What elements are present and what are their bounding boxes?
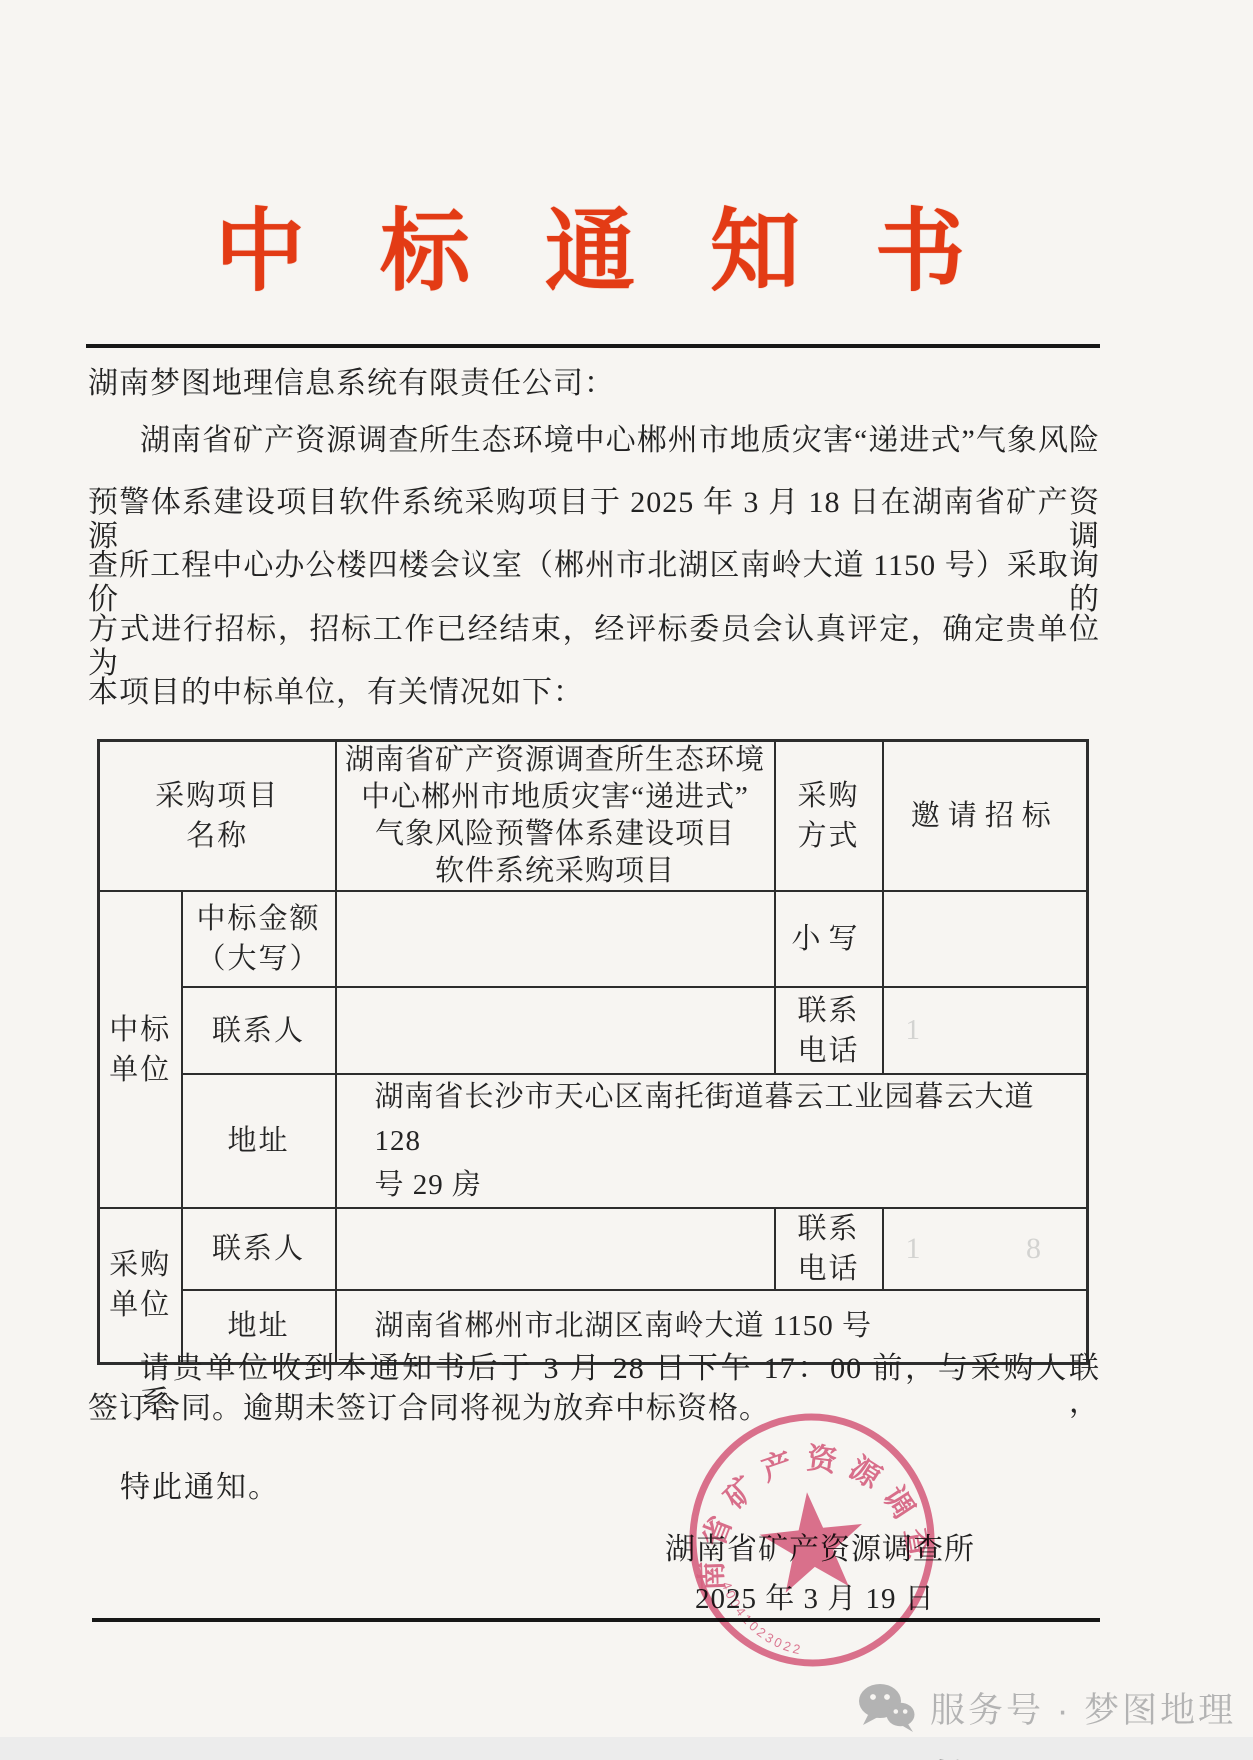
stamp-star-icon [756,1487,868,1595]
recipient-company-line: 湖南梦图地理信息系统有限责任公司： [88,367,1100,401]
cell-purchaser-group-label: 采购 单位 [99,1208,182,1363]
closing-line-2: 签订合同。逾期未签订合同将视为放弃中标资格。 [88,1392,1100,1426]
scanned-award-notice-page: 中标通知书 湖南梦图地理信息系统有限责任公司： 湖南省矿产资源调查所生态环境中心… [0,0,1253,1760]
notice-line: 特此通知。 [120,1462,280,1506]
cell-method-value: 邀请招标 [883,741,1088,892]
cell-winner-phone-label: 联系 电话 [775,987,883,1074]
body-line-3: 查所工程中心办公楼四楼会议室（郴州市北湖区南岭大道 1150 号）采取询价的 [88,549,1100,617]
cell-purchaser-contact-label: 联系人 [182,1208,336,1290]
cell-purchaser-phone-value-redacted: 1 8 [883,1208,1088,1290]
cell-method-label: 采购 方式 [775,741,883,892]
top-divider-rule [86,344,1100,348]
cell-amount-label: 中标金额 （大写） [182,891,336,987]
wechat-icon [858,1682,916,1734]
cell-winner-address-value: 湖南省长沙市天心区南托街道暮云工业园暮云大道 128 号 29 房 [336,1074,1088,1208]
watermark-label: 服务号 · 梦图地理 [930,1683,1236,1733]
award-info-table: 采购项目 名称 湖南省矿产资源调查所生态环境 中心郴州市地质灾害“递进式” 气象… [97,739,1089,1365]
cell-winner-contact-value-empty [336,987,775,1074]
cell-winner-group-label: 中标 单位 [99,891,182,1208]
body-line-5: 本项目的中标单位，有关情况如下： [88,676,1100,710]
cell-winner-contact-label: 联系人 [182,987,336,1074]
cell-project-name-label: 采购项目 名称 [99,741,336,892]
cell-project-name-value: 湖南省矿产资源调查所生态环境 中心郴州市地质灾害“递进式” 气象风险预警体系建设… [336,741,775,892]
official-seal-stamp: 湖南省矿产资源调查所 40041023022 [671,1399,952,1680]
body-line-4: 方式进行招标，招标工作已经结束，经评标委员会认真评定，确定贵单位为 [88,613,1100,681]
cell-winner-address-label: 地址 [182,1074,336,1208]
body-line-1: 湖南省矿产资源调查所生态环境中心郴州市地质灾害“递进式”气象风险 [88,424,1100,458]
body-line-2: 预警体系建设项目软件系统采购项目于 2025 年 3 月 18 日在湖南省矿产资… [88,486,1100,554]
cell-purchaser-phone-label: 联系 电话 [775,1208,883,1290]
cell-small-amount-label: 小写 [775,891,883,987]
document-title: 中标通知书 [215,178,1040,308]
cell-amount-value-empty [336,891,775,987]
wechat-watermark: 服务号 · 梦图地理 [858,1682,1236,1734]
cell-small-amount-value-empty [883,891,1088,987]
cell-winner-phone-value-redacted: 1 [883,987,1088,1074]
cell-purchaser-contact-value-empty [336,1208,775,1290]
cropped-footer-logo-text: 梦图地理 [930,1749,1170,1760]
